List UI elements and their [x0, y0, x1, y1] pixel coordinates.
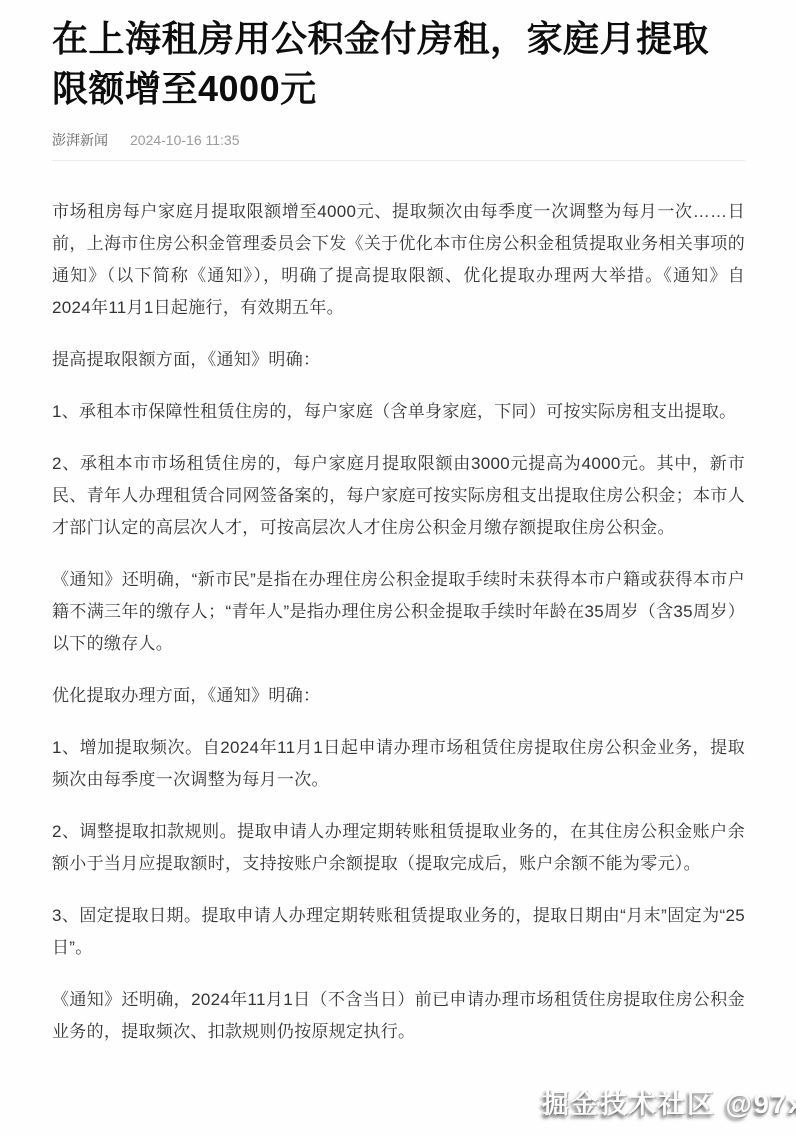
article-paragraph: 《通知》还明确，“新市民”是指在办理住房公积金提取手续时未获得本市户籍或获得本市… [52, 564, 745, 660]
article-body: 市场租房每户家庭月提取限额增至4000元、提取频次由每季度一次调整为每月一次……… [52, 196, 745, 1048]
article-paragraph: 2、调整提取扣款规则。提取申请人办理定期转账租赁提取业务的，在其住房公积金账户余… [52, 816, 745, 880]
article-byline: 澎湃新闻 2024-10-16 11:35 [52, 130, 745, 150]
article-paragraph: 1、承租本市保障性租赁住房的，每户家庭（含单身家庭，下同）可按实际房租支出提取。 [52, 396, 745, 428]
article-paragraph: 《通知》还明确，2024年11月1日（不含当日）前已申请办理市场租赁住房提取住房… [52, 984, 745, 1048]
byline-divider [52, 160, 745, 161]
article-content: 在上海租房用公积金付房租，家庭月提取限额增至4000元 澎湃新闻 2024-10… [0, 0, 796, 1048]
article-paragraph: 优化提取办理方面，《通知》明确： [52, 680, 745, 712]
article-paragraph: 3、固定提取日期。提取申请人办理定期转账租赁提取业务的，提取日期由“月末”固定为… [52, 900, 745, 964]
article-paragraph: 提高提取限额方面，《通知》明确： [52, 344, 745, 376]
article-paragraph: 1、增加提取频次。自2024年11月1日起申请办理市场租赁住房提取住房公积金业务… [52, 732, 745, 796]
article-title: 在上海租房用公积金付房租，家庭月提取限额增至4000元 [52, 14, 745, 114]
watermark-overlay: 掘金技术社区 @97x [542, 1082, 796, 1121]
article-publish-date: 2024-10-16 11:35 [130, 132, 240, 148]
article-page: 在上海租房用公积金付房租，家庭月提取限额增至4000元 澎湃新闻 2024-10… [0, 0, 796, 1137]
article-source: 澎湃新闻 [52, 130, 108, 150]
article-paragraph: 2、承租本市市场租赁住房的，每户家庭月提取限额由3000元提高为4000元。其中… [52, 448, 745, 544]
article-paragraph: 市场租房每户家庭月提取限额增至4000元、提取频次由每季度一次调整为每月一次……… [52, 196, 745, 324]
